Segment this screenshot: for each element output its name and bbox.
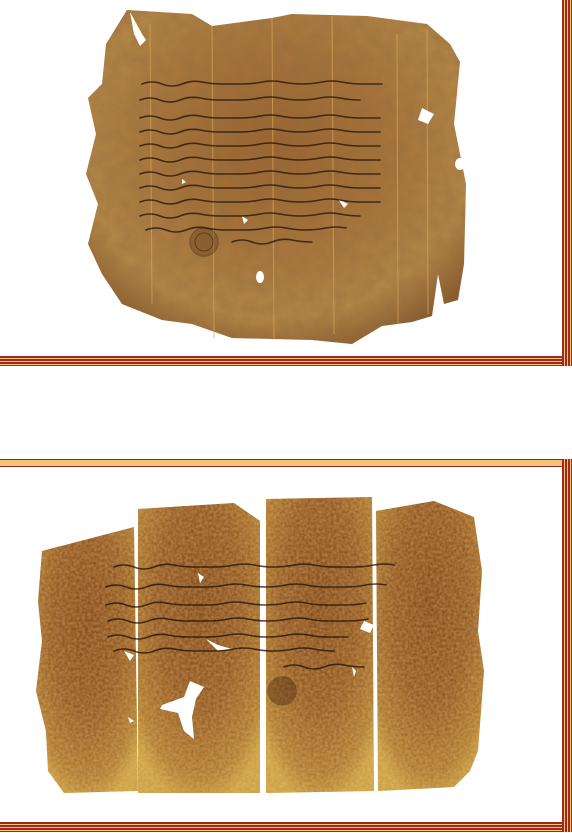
frame-top-border: [0, 459, 566, 467]
parchment-image-2: [34, 491, 496, 809]
frame-bottom-border: [0, 356, 572, 366]
parchment-image-1: [82, 4, 478, 348]
frame-bottom-border: [0, 822, 572, 832]
seal-icon: [190, 228, 218, 256]
seal-icon: [268, 677, 296, 705]
frame-right-border: [562, 459, 572, 832]
manuscript-plate-2: [0, 459, 572, 833]
frame-right-border: [562, 0, 572, 366]
manuscript-plate-1: [0, 0, 572, 366]
